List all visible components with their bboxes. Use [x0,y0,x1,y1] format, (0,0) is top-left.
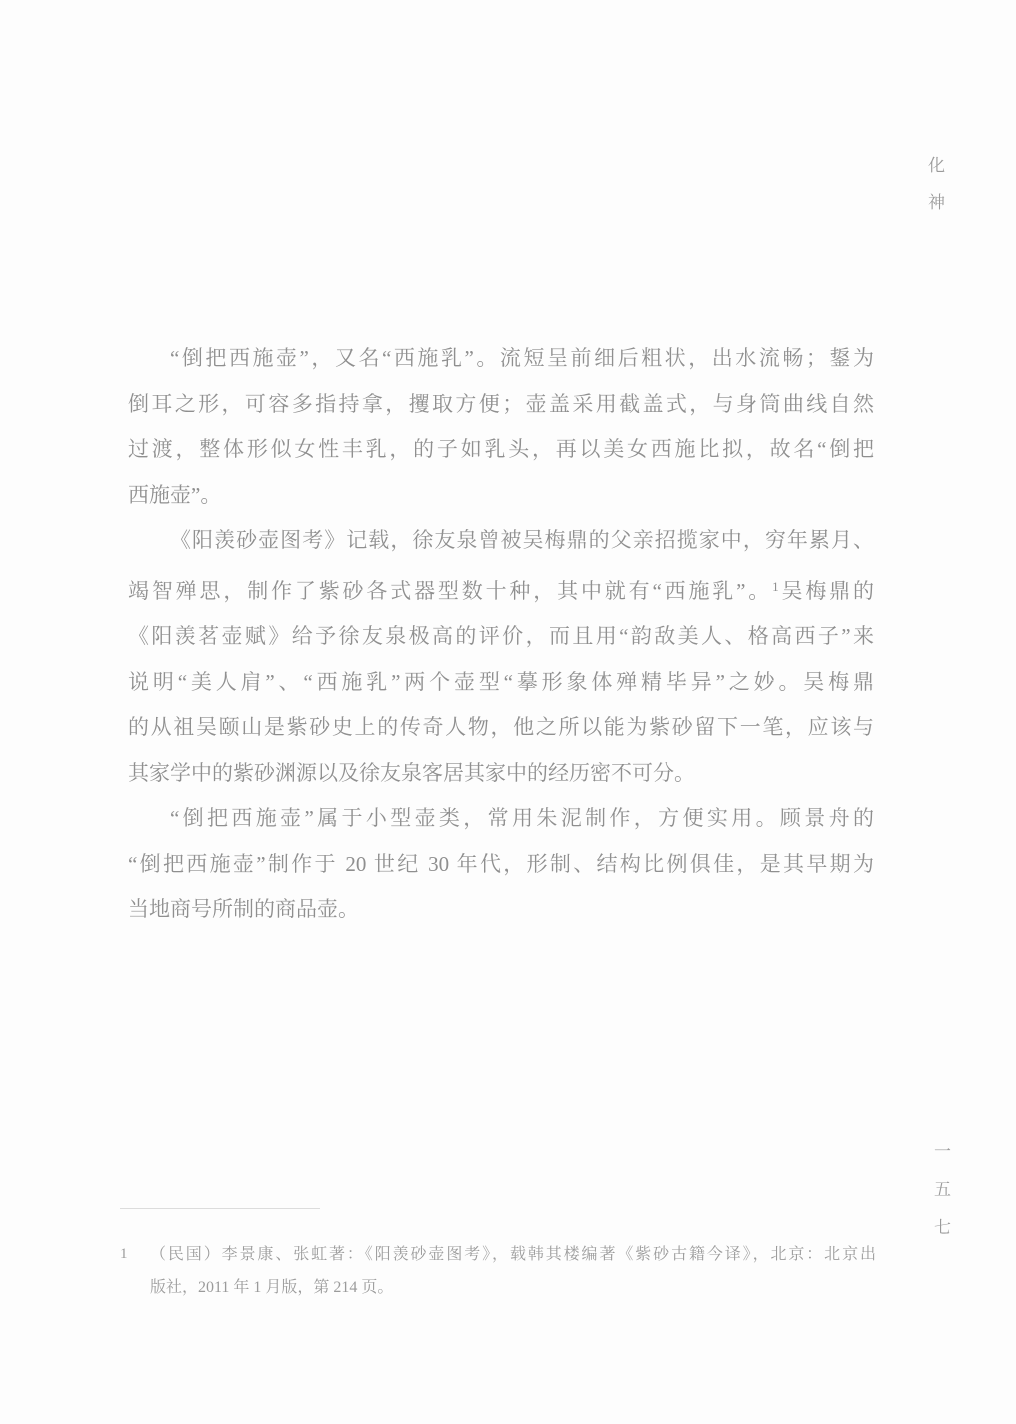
text-line: “倒把西施壶”属于小型壶类，常用朱泥制作，方便实用。顾景舟的 [128,796,874,842]
paragraph-1: “倒把西施壶”，又名“西施乳”。流短呈前细后粗状，出水流畅；鋬为 倒耳之形，可容… [128,336,874,518]
text-line: 的从祖吴颐山是紫砂史上的传奇人物，他之所以能为紫砂留下一笔，应该与 [128,705,874,751]
text-line: 过渡，整体形似女性丰乳，的子如乳头，再以美女西施比拟，故名“倒把 [128,427,874,473]
text-line: 当地商号所制的商品壶。 [128,887,874,933]
footnote-separator [120,1208,320,1209]
text-line: 《阳羡茗壶赋》给予徐友泉极高的评价，而且用“韵敌美人、格高西子”来 [128,614,874,660]
page-number-vertical: 一五七 [928,1142,953,1256]
footnote-text: （民国）李景康、张虹著：《阳羡砂壶图考》，载韩其楼编著《紫砂古籍今译》，北京：北… [150,1238,876,1304]
footnote: 1 （民国）李景康、张虹著：《阳羡砂壶图考》，载韩其楼编著《紫砂古籍今译》，北京… [120,1238,876,1304]
text-line: “倒把西施壶”制作于 20 世纪 30 年代，形制、结构比例俱佳，是其早期为 [128,842,874,888]
footnote-line: （民国）李景康、张虹著：《阳羡砂壶图考》，载韩其楼编著《紫砂古籍今译》，北京：北… [150,1238,876,1271]
body-text-block: “倒把西施壶”，又名“西施乳”。流短呈前细后粗状，出水流畅；鋬为 倒耳之形，可容… [128,336,874,933]
footnote-line: 版社，2011 年 1 月版，第 214 页。 [150,1271,876,1304]
text-line: 说明“美人肩”、“西施乳”两个壶型“摹形象体殚精毕异”之妙。吴梅鼎 [128,660,874,706]
paragraph-3: “倒把西施壶”属于小型壶类，常用朱泥制作，方便实用。顾景舟的 “倒把西施壶”制作… [128,796,874,933]
footnote-marker: 1 [120,1238,150,1271]
text-line: 西施壶”。 [128,473,874,519]
book-page: 化神 “倒把西施壶”，又名“西施乳”。流短呈前细后粗状，出水流畅；鋬为 倒耳之形… [0,0,1016,1424]
text-line: “倒把西施壶”，又名“西施乳”。流短呈前细后粗状，出水流畅；鋬为 [128,336,874,382]
text-line: 倒耳之形，可容多指持拿，攫取方便；壶盖采用截盖式，与身筒曲线自然 [128,382,874,428]
text-line: 竭智殚思，制作了紫砂各式器型数十种，其中就有“西施乳”。1吴梅鼎的 [128,564,874,615]
text-line: 其家学中的紫砂渊源以及徐友泉客居其家中的经历密不可分。 [128,751,874,797]
text-segment: 竭智殚思，制作了紫砂各式器型数十种，其中就有“西施乳”。 [128,579,772,603]
text-line: 《阳羡砂壶图考》记载，徐友泉曾被吴梅鼎的父亲招揽家中，穷年累月、 [128,518,874,564]
running-head-vertical: 化神 [922,156,947,230]
text-segment: 吴梅鼎的 [779,579,874,603]
paragraph-2: 《阳羡砂壶图考》记载，徐友泉曾被吴梅鼎的父亲招揽家中，穷年累月、 竭智殚思，制作… [128,518,874,796]
